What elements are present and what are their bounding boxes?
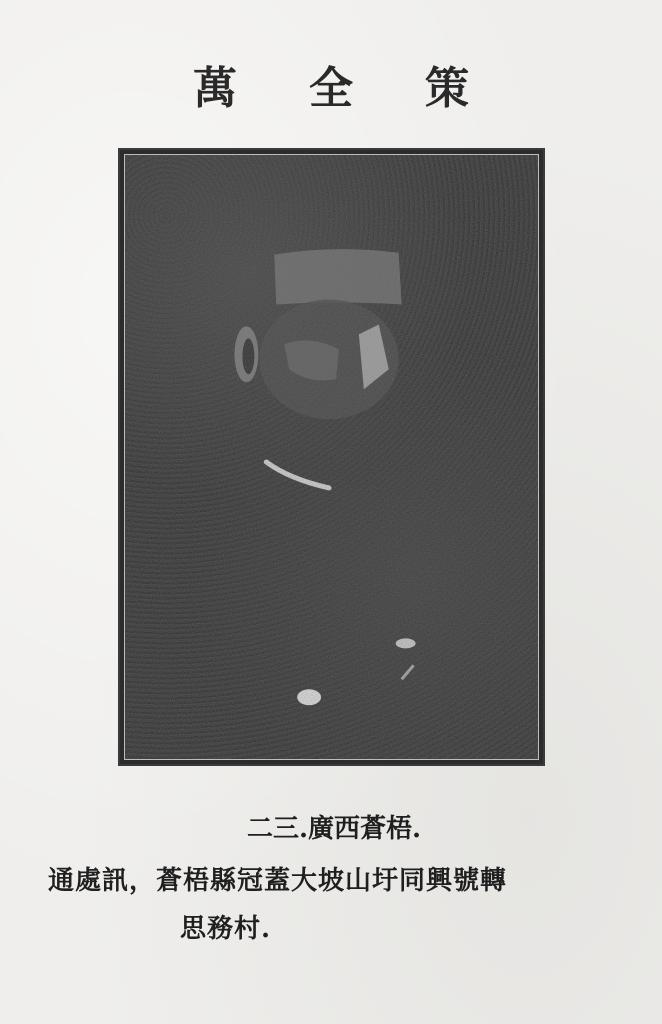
page-title: 萬 全 策 <box>0 52 662 116</box>
title-char-3: 策 <box>425 52 469 116</box>
caption-address-line: 通處訊，蒼梧縣冠蓋大坡山圩同興號轉 <box>48 860 662 897</box>
caption-heading: 二三.廣西蒼梧. <box>0 808 662 845</box>
portrait-photo <box>124 154 539 760</box>
portrait-figure-icon <box>125 155 538 759</box>
caption-address-line-2: 思務村. <box>180 908 662 945</box>
title-char-2: 全 <box>309 52 353 116</box>
title-char-1: 萬 <box>193 52 237 116</box>
portrait-photo-frame <box>118 148 545 766</box>
